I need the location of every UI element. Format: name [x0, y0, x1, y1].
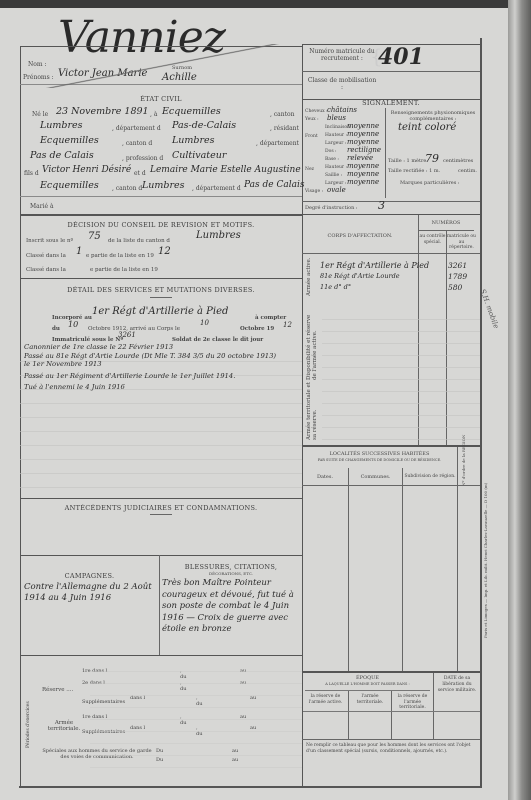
instruction-value: 3	[378, 199, 385, 212]
numeros-title: NUMÉROS	[418, 220, 474, 226]
localites-col	[348, 468, 349, 671]
departement3-label: , département d	[192, 185, 241, 192]
parents-departement: Pas de Calais	[244, 180, 304, 190]
page-edge	[508, 0, 531, 800]
corps-lines	[322, 308, 480, 443]
localites-title: LOCALITÉS SUCCESSIVES HABITÉES	[302, 451, 457, 457]
et-label: et d	[134, 170, 146, 177]
signalement-label: Hauteur :	[325, 165, 347, 170]
disponibilite-label: Disponibilité et réserve de l'armée acti…	[306, 310, 318, 380]
signalement-row: Dos :rectiligne	[303, 147, 387, 155]
classe2-label: Classé dans la	[26, 267, 66, 273]
date-liberation-title: DATE de sa libération du service militai…	[434, 676, 480, 694]
ne-le-label: Né le	[32, 111, 48, 118]
col-subdivision: Subdivision de région.	[403, 474, 457, 479]
instruction-label: Degré d'instruction :	[305, 205, 358, 211]
section-rule	[20, 655, 302, 656]
armee-active-label: Armée active.	[306, 257, 312, 296]
complementaires-value: teint coloré	[398, 122, 456, 133]
corps-row: 1er Régt d'Artillerie à Pied3261	[320, 261, 480, 272]
marques-label: Marques particulières :	[400, 180, 460, 186]
classe-label: Classe de mobilisation :	[307, 77, 377, 91]
signalement-label: Cheveux :	[305, 109, 328, 114]
rule	[20, 196, 302, 197]
signalement-value: moyenne	[347, 178, 379, 186]
residence: Ecquemilles	[40, 135, 99, 146]
campagnes-text: Contre l'Allemagne du 2 Août 1914 au 4 J…	[24, 582, 156, 604]
blessures-text: Très bon Maître Pointeur courageux et dé…	[162, 578, 300, 636]
signalement-label: Base :	[325, 157, 339, 162]
departement2-label: , département	[256, 140, 299, 147]
armee-territoriale-label: Armée territoriale.	[44, 720, 84, 732]
section-rule	[20, 278, 302, 279]
localites-rule	[302, 485, 480, 486]
classe2-suffix: e partie de la liste en 19	[90, 267, 158, 273]
blessures-title: BLESSURES, CITATIONS,	[160, 563, 302, 571]
section-rule	[302, 671, 480, 673]
rule	[302, 214, 480, 215]
epoque-rule	[305, 690, 430, 691]
taille-rectifiee-label: Taille rectifiée : 1 m.	[388, 168, 440, 174]
complementaires-label: Renseignements physionomiques complément…	[388, 110, 478, 122]
etat-civil-block: Né le 23 Novembre 1891 , à Ecquemilles ,…	[22, 106, 300, 195]
rule	[302, 201, 480, 202]
nez-label: Nez	[305, 167, 314, 172]
signalement-rows: Cheveux :châtainsYeux :bleusInclinaison …	[303, 107, 387, 195]
octobre2-value: 12	[283, 321, 292, 329]
frame-bottom	[19, 786, 481, 788]
signalement-label: Saillie :	[325, 173, 342, 178]
corps-matricule: 580	[448, 283, 462, 292]
epoque-footnote: Ne remplir ce tableau que pour les homme…	[306, 743, 476, 755]
canton2-label: , canton d	[122, 140, 152, 147]
col-dates: Dates.	[302, 474, 348, 480]
signalement-value: ovale	[327, 186, 346, 194]
canton3-label: , canton d	[112, 185, 142, 192]
matricule-value: 401	[378, 44, 424, 70]
corps-name: 11e d° d°	[320, 283, 351, 291]
father-name: Victor Henri Désiré	[42, 165, 131, 175]
parents-domicile: Ecquemilles	[40, 180, 99, 191]
profession-label: , profession d	[122, 155, 163, 162]
service-note: le 1er Novembre 1913	[24, 360, 300, 369]
arrive-value: 10	[200, 319, 209, 327]
signalement-value: rectiligne	[347, 146, 381, 154]
blessures-subtitle: DÉCORATIONS, ETC.	[160, 571, 302, 576]
col-controle: au contrôle spécial.	[419, 234, 446, 245]
matricule-divider	[302, 71, 480, 72]
matricule-label: Numéro matricule du recrutement :	[307, 48, 377, 62]
localites-subtitle: PAR SUITE DE CHANGEMENTS DE DOMICILE OU …	[302, 458, 457, 462]
corps-matricule: 3261	[448, 261, 467, 270]
signalement-value: bleus	[327, 114, 346, 122]
corps-name: 81e Régt d'Artie Lourde	[320, 272, 400, 280]
parents-canton: Lumbres	[142, 180, 185, 191]
signalement-label: Dos :	[325, 149, 337, 154]
birth-date: 23 Novembre 1891	[56, 106, 149, 117]
canton-label: , canton	[270, 111, 295, 118]
strike-line	[20, 44, 305, 88]
registry-page: Vanniez Nom : Prénoms : Victor Jean Mari…	[0, 8, 516, 800]
service-note: Passé au 1er Régiment d'Artillerie Lourd…	[24, 369, 300, 383]
title-underline	[150, 514, 172, 515]
decision-title: DÉCISION DU CONSEIL DE REVISION ET MOTIF…	[20, 221, 302, 229]
epoque-title: ÉPOQUE	[302, 675, 433, 681]
taille-label: Taille : 1 mètre	[388, 158, 426, 164]
section-rule	[20, 498, 302, 499]
classe1-year: 12	[158, 246, 171, 257]
periodes-side-label: Périodes d'exercices	[26, 688, 31, 748]
liste-label: de la liste du canton d	[108, 238, 170, 244]
reserve-label: Réserve ....	[42, 687, 73, 693]
immatricule-value: 3261	[118, 331, 136, 339]
section-rule	[20, 214, 302, 216]
birth-canton: Lumbres	[40, 120, 83, 131]
signalement-label: Hauteur :	[325, 133, 347, 138]
residence-departement: Pas de Calais	[30, 150, 94, 161]
incorpore-value: 1er Régt d'Artillerie à Pied	[92, 306, 228, 317]
printer-mark: Paris et Limoges — Imp. et Lib. milit. H…	[483, 483, 488, 638]
inscrit-label: Inscrit sous le nº	[26, 238, 73, 244]
signalement-value: moyenne	[347, 130, 379, 138]
octobre2-label: Octobre 19	[240, 326, 274, 332]
classe1-value: 1	[76, 246, 82, 257]
corps-matricule: 1789	[448, 272, 467, 281]
birth-departement: Pas-de-Calais	[172, 120, 236, 131]
campagnes-title: CAMPAGNES.	[20, 572, 159, 580]
service-note: Passé au 81e Régt d'Artie Lourde (Dt Mle…	[24, 352, 300, 361]
epoque-rule	[303, 711, 480, 712]
liste-value: Lumbres	[196, 230, 241, 241]
signalement-value: châtains	[327, 106, 357, 114]
section-rule	[302, 445, 480, 447]
residence-canton: Lumbres	[172, 135, 215, 146]
epoque-col3: la réserve de l'armée territoriale.	[392, 694, 433, 711]
service-note: Canonnier de 1re classe le 22 Février 19…	[24, 343, 300, 352]
epoque-col1: la réserve de l'armée active.	[303, 694, 348, 705]
profession: Cultivateur	[172, 150, 226, 161]
service-notes: Canonnier de 1re classe le 22 Février 19…	[24, 343, 300, 391]
taille-rectifiee-unit: centim.	[458, 168, 477, 174]
a-label: , à	[150, 111, 157, 118]
periodes-lines	[90, 660, 302, 770]
residant-label: , résidant	[270, 125, 299, 132]
du-label: du	[52, 326, 60, 332]
numeros-rule	[418, 230, 474, 231]
du-value: 10	[68, 320, 78, 329]
localites-divider	[457, 447, 458, 671]
classe1-label: Classé dans la	[26, 253, 66, 259]
taille-unit: centimètres	[443, 158, 473, 164]
localites-col	[402, 468, 403, 671]
signalement-value: moyenne	[347, 138, 379, 146]
frame-right	[480, 38, 482, 788]
corps-title: CORPS D'AFFECTATION.	[302, 233, 418, 239]
inscrit-value: 75	[88, 231, 101, 242]
corps-rows: 1er Régt d'Artillerie à Pied326181e Régt…	[320, 261, 480, 294]
taille-value: 79	[425, 152, 439, 165]
classe1-suffix: e partie de la liste en 19	[86, 253, 154, 259]
corps-rule	[302, 253, 480, 254]
marie-label: Marié à	[30, 203, 54, 210]
antecedents-title: ANTÉCÉDENTS JUDICIAIRES ET CONDAMNATIONS…	[20, 504, 302, 512]
fils-label: fils d	[24, 170, 39, 177]
corps-row: 81e Régt d'Artie Lourde1789	[320, 272, 480, 283]
title-underline	[150, 297, 172, 298]
epoque-col2: l'armée territoriale.	[349, 694, 391, 705]
corps-row: 11e d° d°580	[320, 283, 480, 294]
front-label: Front	[305, 134, 318, 139]
corps-name: 1er Régt d'Artillerie à Pied	[320, 261, 429, 270]
epoque-rule	[302, 739, 480, 740]
signalement-label: Visage :	[305, 189, 323, 194]
signalement-label: Yeux :	[305, 117, 319, 122]
section-rule	[20, 555, 302, 556]
etat-civil-title: ÉTAT CIVIL	[20, 95, 302, 103]
signalement-label: Largeur :	[325, 141, 346, 146]
signalement-value: moyenne	[347, 170, 379, 178]
territoriale-label: Armée territoriale et sa réserve.	[306, 380, 318, 440]
signalement-value: relevée	[347, 154, 373, 162]
signalement-row: Visage :ovale	[303, 187, 387, 195]
mother-name: Lemaire Marie Estelle Augustine	[150, 165, 301, 175]
signalement-value: moyenne	[347, 122, 379, 130]
signalement-value: moyenne	[347, 162, 379, 170]
services-title: DÉTAIL DES SERVICES ET MUTATIONS DIVERSE…	[20, 286, 302, 294]
localites-side-label: Nº d'ordre de la REGION	[461, 435, 466, 486]
col-matricule: matricule ou au répertoire.	[447, 234, 476, 251]
compter-label: à compter	[255, 315, 286, 321]
col-communes: Communes.	[349, 474, 402, 480]
departement-label: , département d	[112, 125, 161, 132]
birth-place: Ecquemilles	[162, 106, 221, 117]
epoque-subtitle: A LAQUELLE L'HOMME DOIT PASSER DANS :	[302, 682, 433, 686]
service-note: Tué à l'ennemi le 4 Juin 1916	[24, 383, 300, 392]
